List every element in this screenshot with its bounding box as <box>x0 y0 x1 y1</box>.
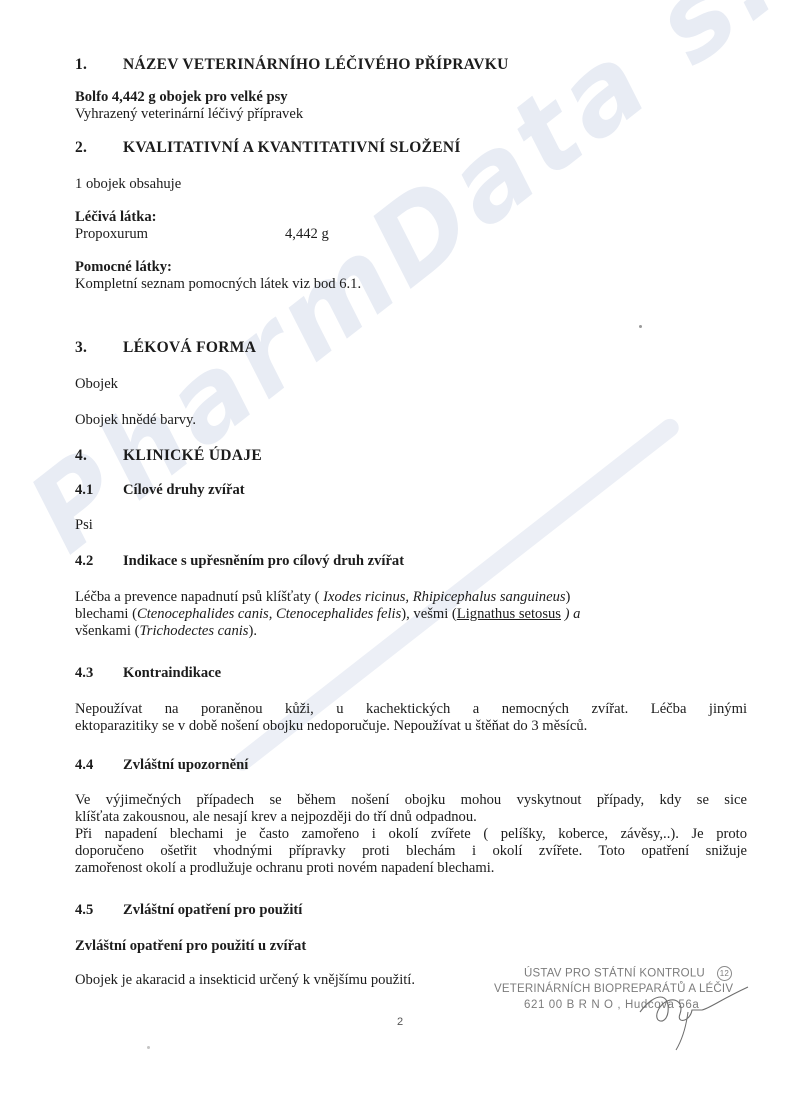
subsection-number: 4.4 <box>75 757 123 774</box>
active-substance-amount: 4,442 g <box>285 226 329 243</box>
product-status: Vyhrazený veterinární léčivý přípravek <box>75 106 747 123</box>
section-title: NÁZEV VETERINÁRNÍHO LÉČIVÉHO PŘÍPRAVKU <box>123 56 509 73</box>
section-title: LÉKOVÁ FORMA <box>123 339 256 356</box>
contraindications-line-1: Nepoužívat na poraněnou kůži, u kachekti… <box>75 701 747 718</box>
species-name: Trichodectes canis <box>139 623 248 639</box>
indications-line-3: všenkami (Trichodectes canis). <box>75 623 747 640</box>
section-number: 4. <box>75 447 123 464</box>
scan-speck <box>639 325 642 328</box>
warnings-line-5: zamořenost okolí a prodlužuje ochranu pr… <box>75 860 747 877</box>
text-run: ), vešmi ( <box>401 606 457 622</box>
section-number: 1. <box>75 56 123 73</box>
species-name-underlined: Lignathus setosus <box>457 606 561 622</box>
subsection-4-5-heading: 4.5Zvláštní opatření pro použití <box>75 902 747 919</box>
subsection-4-2-heading: 4.2Indikace s upřesněním pro cílový druh… <box>75 553 747 570</box>
subsection-number: 4.1 <box>75 482 123 499</box>
indications-line-2: blechami (Ctenocephalides canis, Ctenoce… <box>75 606 747 623</box>
target-species: Psi <box>75 517 747 534</box>
contraindications-line-2: ektoparazitiky se v době nošení obojku n… <box>75 718 747 735</box>
animal-precautions-subheading: Zvláštní opatření pro použití u zvířat <box>75 938 747 955</box>
signature-icon <box>630 982 750 1052</box>
contraindications-text: Nepoužívat na poraněnou kůži, u kachekti… <box>75 701 747 735</box>
section-3-heading: 3.LÉKOVÁ FORMA <box>75 339 747 356</box>
subsection-number: 4.5 <box>75 902 123 919</box>
scan-speck <box>147 1046 150 1049</box>
section-title: KVALITATIVNÍ A KVANTITATIVNÍ SLOŽENÍ <box>123 139 461 156</box>
warnings-line-2: klíšťata zakousnou, ale nesají krev a ne… <box>75 809 747 826</box>
subsection-4-4-heading: 4.4Zvláštní upozornění <box>75 757 747 774</box>
dosage-form: Obojek <box>75 376 747 393</box>
section-1-heading: 1.NÁZEV VETERINÁRNÍHO LÉČIVÉHO PŘÍPRAVKU <box>75 56 747 73</box>
species-name: Ctenocephalides canis, Ctenocephalides f… <box>137 606 401 622</box>
indications-text: Léčba a prevence napadnutí psů klíšťaty … <box>75 589 747 640</box>
section-2-heading: 2.KVALITATIVNÍ A KVANTITATIVNÍ SLOŽENÍ <box>75 139 747 156</box>
text-run: ) <box>566 589 571 605</box>
text-run: všenkami ( <box>75 623 139 639</box>
excipients-label: Pomocné látky: <box>75 259 747 276</box>
warnings-line-3: Při napadení blechami je často zamořeno … <box>75 826 747 843</box>
text-run: blechami ( <box>75 606 137 622</box>
stamp-line-1: ÚSTAV PRO STÁTNÍ KONTROLU12 <box>494 966 764 982</box>
section-4-heading: 4.KLINICKÉ ÚDAJE <box>75 447 747 464</box>
subsection-title: Zvláštní upozornění <box>123 757 248 773</box>
subsection-number: 4.3 <box>75 665 123 682</box>
text-run: Léčba a prevence napadnutí psů klíšťaty … <box>75 589 323 605</box>
dosage-form-description: Obojek hnědé barvy. <box>75 412 747 429</box>
warnings-line-4: doporučeno ošetřit vhodnými přípravky pr… <box>75 843 747 860</box>
subsection-title: Kontraindikace <box>123 665 221 681</box>
subsection-title: Indikace s upřesněním pro cílový druh zv… <box>123 553 404 569</box>
active-substance-row: Propoxurum 4,442 g <box>75 226 747 243</box>
warnings-line-1: Ve výjimečných případech se během nošení… <box>75 792 747 809</box>
text-run: ). <box>249 623 258 639</box>
excipients-text: Kompletní seznam pomocných látek viz bod… <box>75 276 747 293</box>
special-warnings-text: Ve výjimečných případech se během nošení… <box>75 792 747 877</box>
composition-intro: 1 obojek obsahuje <box>75 176 747 193</box>
subsection-4-1-heading: 4.1Cílové druhy zvířat <box>75 482 747 499</box>
active-substance-name: Propoxurum <box>75 226 148 242</box>
section-number: 3. <box>75 339 123 356</box>
indications-line-1: Léčba a prevence napadnutí psů klíšťaty … <box>75 589 747 606</box>
subsection-title: Zvláštní opatření pro použití <box>123 902 302 918</box>
subsection-4-3-heading: 4.3Kontraindikace <box>75 665 747 682</box>
stamp-text: ÚSTAV PRO STÁTNÍ KONTROLU <box>524 968 705 980</box>
text-run: ) a <box>561 606 580 622</box>
section-title: KLINICKÉ ÚDAJE <box>123 447 262 464</box>
section-number: 2. <box>75 139 123 156</box>
subsection-number: 4.2 <box>75 553 123 570</box>
subsection-title: Cílové druhy zvířat <box>123 482 245 498</box>
product-name: Bolfo 4,442 g obojek pro velké psy <box>75 89 747 106</box>
stamp-badge: 12 <box>717 966 732 981</box>
species-name: Ixodes ricinus, Rhipicephalus sanguineus <box>323 589 565 605</box>
active-substance-label: Léčivá látka: <box>75 209 747 226</box>
